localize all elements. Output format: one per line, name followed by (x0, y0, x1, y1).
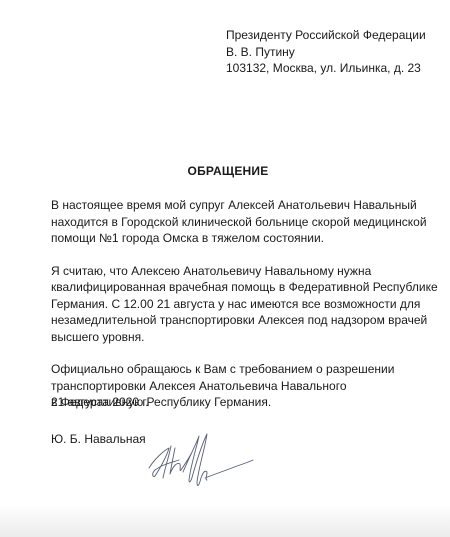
paragraph-line: Я считаю, что Алексею Анатольевичу Навал… (51, 263, 421, 280)
addressee-line-recipient-title: Президенту Российской Федерации (226, 27, 446, 44)
signer-name: Ю. Б. Навальная (51, 431, 146, 448)
paragraph-line: Официально обращаюсь к Вам с требованием… (51, 361, 421, 378)
addressee-block: Президенту Российской Федерации В. В. Пу… (226, 27, 446, 77)
letter-date: 21 августа 2020 г. (51, 394, 149, 411)
paragraph-line: квалифицированная врачебная помощь в Фед… (51, 279, 421, 296)
paragraph-condition: В настоящее время мой супруг Алексей Ана… (51, 197, 421, 247)
paragraph-line: незамедлительной транспортировки Алексея… (51, 312, 421, 329)
addressee-line-recipient-name: В. В. Путину (226, 44, 446, 61)
paragraph-line: высшего уровня. (51, 329, 421, 346)
paragraph-opinion: Я считаю, что Алексею Анатольевичу Навал… (51, 263, 421, 346)
document-title-text: ОБРАЩЕНИЕ (188, 163, 269, 180)
paragraph-line: В настоящее время мой супруг Алексей Ана… (51, 197, 421, 214)
paragraph-line: Германия. С 12.00 21 августа у нас имеют… (51, 296, 421, 313)
paragraph-line: помощи №1 города Омска в тяжелом состоян… (51, 230, 421, 247)
paragraph-line: находится в Городской клинической больни… (51, 214, 421, 231)
addressee-line-address: 103132, Москва, ул. Ильинка, д. 23 (226, 60, 446, 77)
paragraph-line: транспортировки Алексея Анатольевича Нав… (51, 378, 421, 395)
document-title: ОБРАЩЕНИЕ (0, 163, 450, 180)
signature-icon (145, 428, 255, 498)
letter-body: В настоящее время мой супруг Алексей Ана… (51, 197, 421, 427)
letter-page: Президенту Российской Федерации В. В. Пу… (0, 0, 450, 537)
